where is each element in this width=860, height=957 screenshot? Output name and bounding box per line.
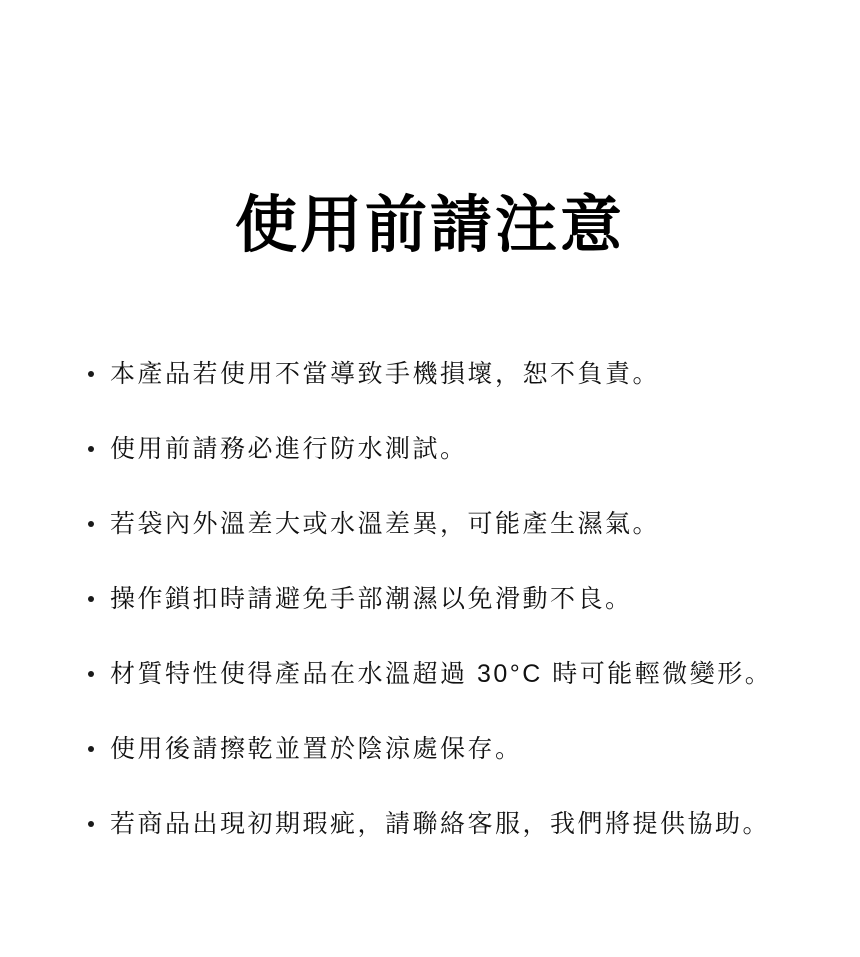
list-item: 操作鎖扣時請避免手部潮濕以免滑動不良。: [88, 581, 800, 617]
note-text: 若袋內外溫差大或水溫差異，可能產生濕氣。: [110, 506, 660, 542]
list-item: 使用後請擦乾並置於陰涼處保存。: [88, 731, 800, 767]
bullet-icon: [88, 596, 94, 602]
bullet-icon: [88, 371, 94, 377]
note-text: 使用前請務必進行防水測試。: [110, 431, 468, 467]
note-text: 本產品若使用不當導致手機損壞，恕不負責。: [110, 356, 660, 392]
note-text: 若商品出現初期瑕疵，請聯絡客服，我們將提供協助。: [110, 806, 770, 842]
list-item: 材質特性使得產品在水溫超過 30°C 時可能輕微變形。: [88, 656, 800, 692]
list-item: 使用前請務必進行防水測試。: [88, 431, 800, 467]
note-text: 使用後請擦乾並置於陰涼處保存。: [110, 731, 523, 767]
notice-page: 使用前請注意 本產品若使用不當導致手機損壞，恕不負責。 使用前請務必進行防水測試…: [0, 0, 860, 957]
note-text: 操作鎖扣時請避免手部潮濕以免滑動不良。: [110, 581, 633, 617]
bullet-icon: [88, 521, 94, 527]
list-item: 若袋內外溫差大或水溫差異，可能產生濕氣。: [88, 506, 800, 542]
list-item: 本產品若使用不當導致手機損壞，恕不負責。: [88, 356, 800, 392]
bullet-icon: [88, 746, 94, 752]
bullet-icon: [88, 821, 94, 827]
bullet-icon: [88, 671, 94, 677]
notes-list: 本產品若使用不當導致手機損壞，恕不負責。 使用前請務必進行防水測試。 若袋內外溫…: [88, 356, 800, 842]
note-text: 材質特性使得產品在水溫超過 30°C 時可能輕微變形。: [110, 656, 772, 692]
bullet-icon: [88, 446, 94, 452]
page-title: 使用前請注意: [0, 190, 860, 262]
list-item: 若商品出現初期瑕疵，請聯絡客服，我們將提供協助。: [88, 806, 800, 842]
